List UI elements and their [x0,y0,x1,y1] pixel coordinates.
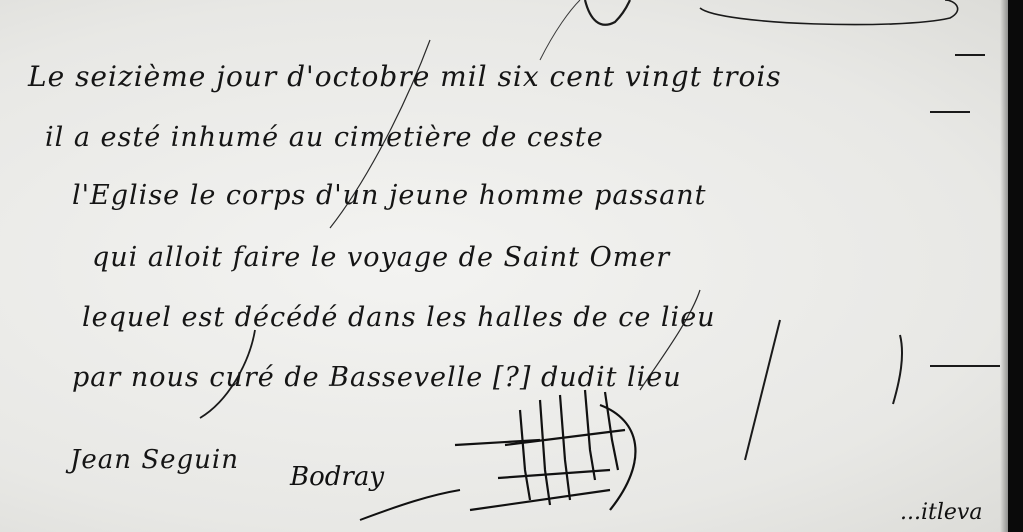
signature-bodray: Bodray [290,462,384,492]
text-line-6: par nous curé de Bassevelle [?] dudit li… [72,362,682,393]
text-line-3: l'Eglise le corps d'un jeune homme passa… [72,180,707,211]
binding-edge [1008,0,1023,532]
line-filler-dash [930,111,970,113]
line-filler-dash [930,365,1000,367]
text-line-4: qui alloit faire le voyage de Saint Omer [92,242,670,273]
text-line-1: Le seizième jour d'octobre mil six cent … [28,60,782,93]
text-line-5: lequel est décédé dans les halles de ce … [82,302,716,333]
line-filler-dash [955,54,985,56]
text-line-7: Jean Seguin [70,445,239,475]
bottom-fragment-text: ...itleva [900,500,982,525]
binding-shadow [1000,0,1008,532]
text-line-2: il a esté inhumé au cimetière de ceste [45,122,604,153]
manuscript-page: Le seizième jour d'octobre mil six cent … [0,0,1008,532]
